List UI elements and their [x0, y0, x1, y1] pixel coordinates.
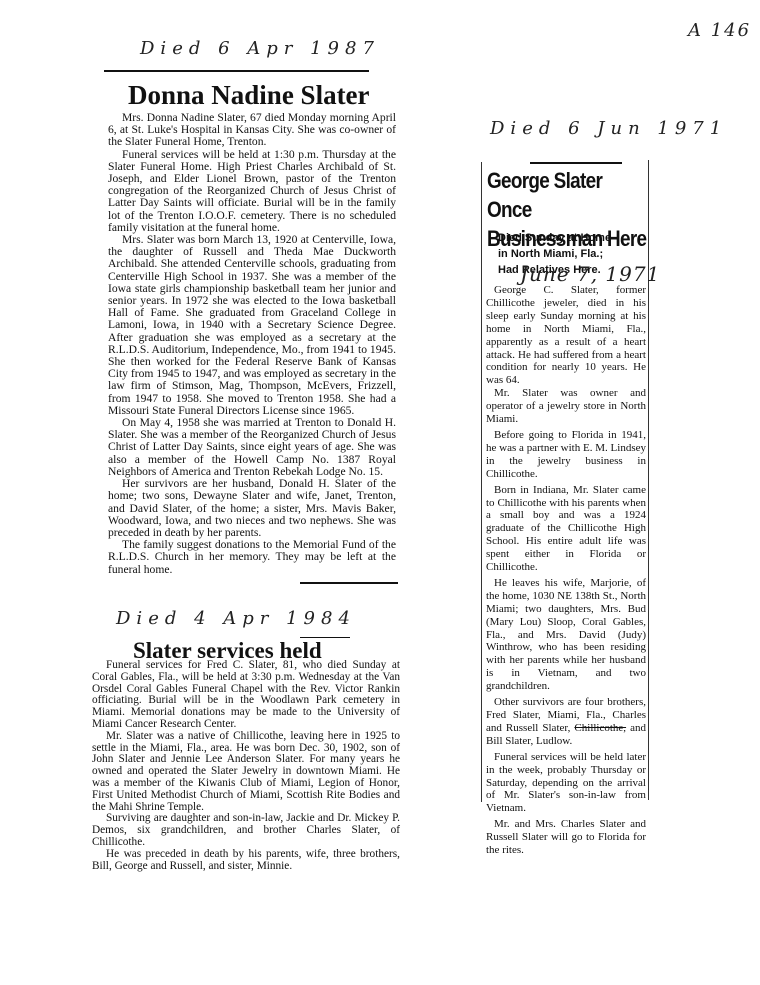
george-handwritten-stamp: June 7, 1971: [520, 262, 660, 286]
george-paragraph: Mr. Slater was owner and operator of a j…: [486, 387, 646, 426]
george-deck-line1: Died Sunday at Home: [498, 230, 648, 246]
george-paragraph: Before going to Florida in 1941, he was …: [486, 429, 646, 481]
george-top-rule: [530, 162, 622, 164]
struck-through-text: Chillicothe,: [574, 722, 626, 734]
george-headline-line1: George Slater Once: [487, 166, 649, 224]
donna-paragraph: The family suggest donations to the Memo…: [108, 539, 396, 576]
fred-paragraph: Funeral services for Fred C. Slater, 81,…: [92, 660, 400, 731]
donna-paragraph: On May 4, 1958 she was married at Trento…: [108, 417, 396, 478]
donna-top-rule: [104, 70, 369, 72]
george-handwritten-date: Died 6 Jun 1971: [490, 118, 727, 139]
fred-article-body: Funeral services for Fred C. Slater, 81,…: [92, 660, 400, 872]
george-paragraph: Mr. and Mrs. Charles Slater and Russell …: [486, 818, 646, 857]
george-survivors-paragraph: Other survivors are four brothers, Fred …: [486, 696, 646, 748]
george-paragraph: George C. Slater, former Chillicothe jew…: [486, 284, 646, 387]
fred-paragraph: Mr. Slater was a native of Chillicothe, …: [92, 731, 400, 814]
page-reference-mark: A 146: [688, 20, 751, 41]
george-column-border-left: [481, 162, 482, 802]
george-paragraph: He leaves his wife, Marjorie, of the hom…: [486, 577, 646, 693]
donna-paragraph: Her survivors are her husband, Donald H.…: [108, 478, 396, 539]
george-article-body: George C. Slater, former Chillicothe jew…: [486, 284, 646, 857]
donna-article-body: Mrs. Donna Nadine Slater, 67 died Monday…: [108, 112, 396, 576]
fred-paragraph: He was preceded in death by his parents,…: [92, 849, 400, 873]
george-paragraph: Born in Indiana, Mr. Slater came to Chil…: [486, 484, 646, 574]
donna-end-rule: [300, 582, 398, 584]
donna-headline: Donna Nadine Slater: [128, 80, 370, 111]
george-deck-line2: in North Miami, Fla.;: [498, 246, 648, 262]
donna-paragraph: Mrs. Slater was born March 13, 1920 at C…: [108, 234, 396, 417]
george-column-border-right: [648, 160, 649, 800]
donna-handwritten-date: Died 6 Apr 1987: [140, 38, 380, 59]
donna-paragraph: Mrs. Donna Nadine Slater, 67 died Monday…: [108, 112, 396, 149]
fred-paragraph: Surviving are daughter and son-in-law, J…: [92, 813, 400, 848]
george-paragraph: Funeral services will be held later in t…: [486, 751, 646, 816]
fred-handwritten-date: Died 4 Apr 1984: [116, 608, 356, 629]
donna-paragraph: Funeral services will be held at 1:30 p.…: [108, 149, 396, 234]
